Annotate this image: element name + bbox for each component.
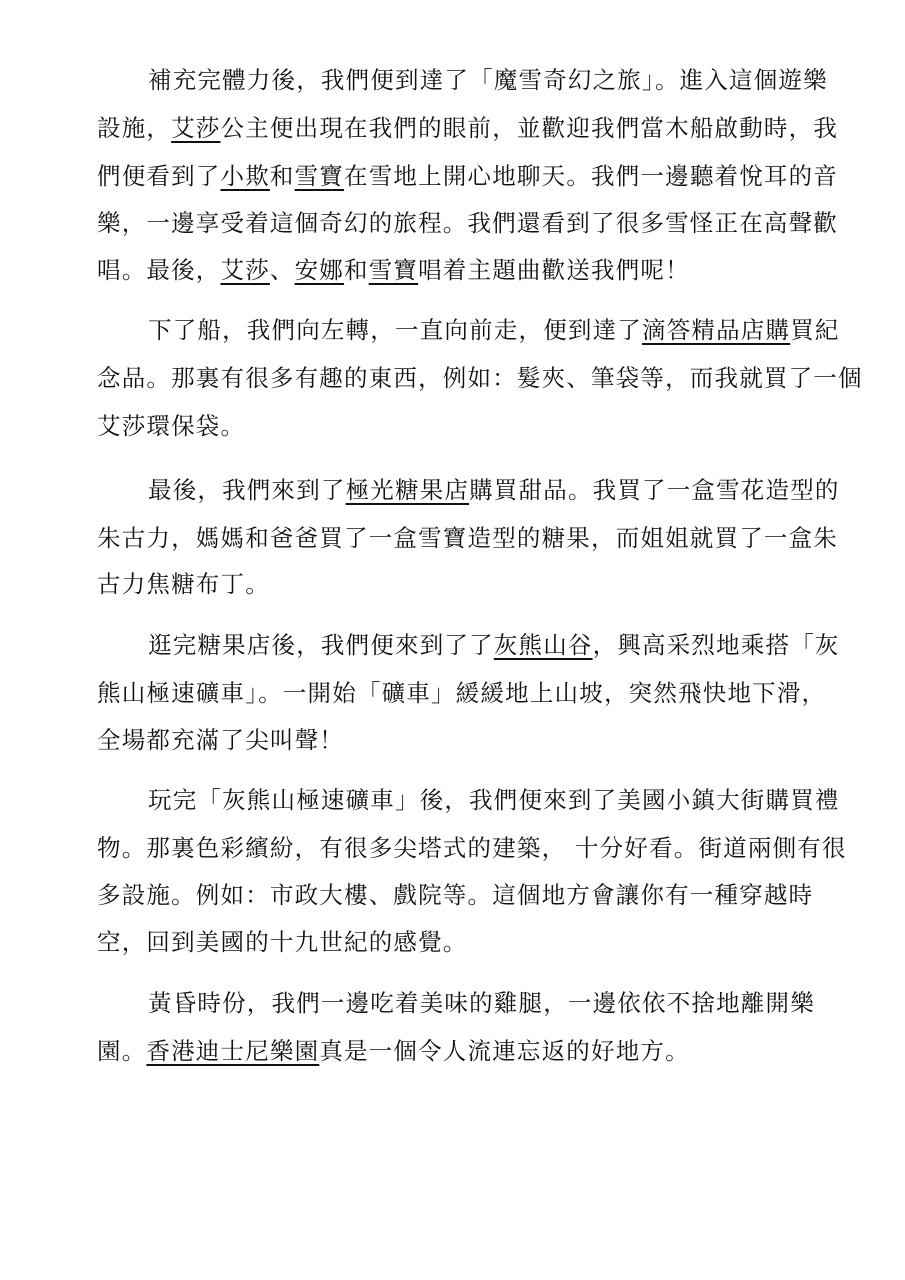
text-line: 多設施。例如：市政大樓、戲院等。這個地方會讓你有一種穿越時 — [97, 878, 813, 912]
text-segment: 朱古力，媽媽和爸爸買了一盒雪寶造型的糖果，而姐姐就買了一盒朱 — [97, 524, 838, 552]
text-segment: 下了船，我們向左轉，一直向前走，便到達了 — [148, 316, 642, 344]
text-segment: 熊山極速礦車」。一開始「礦車」緩緩地上山坡，突然飛快地下滑， — [97, 679, 826, 707]
text-line: 園。香港迪士尼樂園真是一個令人流連忘返的好地方。 — [97, 1034, 690, 1068]
underlined-proper-noun: 雪寶 — [295, 162, 344, 190]
text-line: 們便看到了小欺和雪寶在雪地上開心地聊天。我們一邊聽着悅耳的音 — [97, 159, 838, 193]
underlined-proper-noun: 灰熊山谷 — [494, 631, 593, 659]
text-line: 下了船，我們向左轉，一直向前走，便到達了滴答精品店購買紀 — [148, 313, 840, 347]
text-segment: 空，回到美國的十九世紀的感覺。 — [97, 928, 468, 956]
text-segment: 黃昏時份，我們一邊吃着美味的雞腿，一邊依依不捨地離開樂 — [148, 989, 815, 1017]
underlined-proper-noun: 艾莎 — [171, 114, 220, 142]
text-segment: 們便看到了 — [97, 162, 221, 190]
text-segment: 買紀 — [790, 316, 839, 344]
underlined-proper-noun: 艾莎 — [221, 256, 270, 284]
text-line: 古力焦糖布丁。 — [97, 567, 270, 601]
text-line: 樂，一邊享受着這個奇幻的旅程。我們還看到了很多雪怪正在高聲歡 — [97, 206, 838, 240]
text-segment: 在雪地上開心地聊天。我們一邊聽着悅耳的音 — [344, 162, 838, 190]
text-line: 物。那裏色彩繽紛，有很多尖塔式的建築， 十分好看。街道兩側有很 — [97, 831, 847, 865]
underlined-proper-noun: 安娜 — [295, 256, 344, 284]
text-line: 補充完體力後，我們便到達了「魔雪奇幻之旅」。進入這個遊樂 — [148, 63, 828, 97]
text-segment: 全場都充滿了尖叫聲！ — [97, 726, 344, 754]
text-segment: 園。 — [97, 1037, 146, 1065]
text-segment: 設施， — [97, 114, 171, 142]
document-page: 補充完體力後，我們便到達了「魔雪奇幻之旅」。進入這個遊樂設施，艾莎公主便出現在我… — [0, 0, 905, 1280]
text-segment: 逛完糖果店後，我們便來到了了 — [148, 631, 494, 659]
text-line: 艾莎環保袋。 — [97, 409, 245, 443]
text-line: 玩完「灰熊山極速礦車」後，我們便來到了美國小鎮大街購買禮 — [148, 783, 840, 817]
text-segment: 物。那裏色彩繽紛，有很多尖塔式的建築， 十分好看。街道兩側有很 — [97, 834, 847, 862]
text-segment: 真是一個令人流連忘返的好地方。 — [319, 1037, 690, 1065]
text-line: 最後，我們來到了極光糖果店購買甜品。我買了一盒雪花造型的 — [148, 473, 840, 507]
text-segment: 購買甜品。我買了一盒雪花造型的 — [469, 476, 840, 504]
text-segment: 最後，我們來到了 — [148, 476, 346, 504]
underlined-proper-noun: 香港迪士尼樂園 — [146, 1037, 319, 1065]
text-segment: 、 — [270, 256, 295, 284]
text-segment: 多設施。例如：市政大樓、戲院等。這個地方會讓你有一種穿越時 — [97, 881, 813, 909]
text-line: 黃昏時份，我們一邊吃着美味的雞腿，一邊依依不捨地離開樂 — [148, 986, 815, 1020]
text-segment: ，興高采烈地乘搭「灰 — [593, 631, 840, 659]
underlined-proper-noun: 雪寶 — [369, 256, 418, 284]
text-line: 設施，艾莎公主便出現在我們的眼前，並歡迎我們當木船啟動時，我 — [97, 111, 838, 145]
text-line: 念品。那裏有很多有趣的東西，例如：髮夾、筆袋等，而我就買了一個 — [97, 361, 863, 395]
text-line: 空，回到美國的十九世紀的感覺。 — [97, 925, 468, 959]
text-segment: 公主便出現在我們的眼前，並歡迎我們當木船啟動時，我 — [221, 114, 839, 142]
text-segment: 和 — [344, 256, 369, 284]
text-segment: 和 — [270, 162, 295, 190]
underlined-proper-noun: 極光糖果店 — [346, 476, 470, 504]
text-segment: 古力焦糖布丁。 — [97, 570, 270, 598]
text-segment: 艾莎環保袋。 — [97, 412, 245, 440]
text-segment: 玩完「灰熊山極速礦車」後，我們便來到了美國小鎮大街購買禮 — [148, 786, 840, 814]
text-segment: 補充完體力後，我們便到達了「魔雪奇幻之旅」。進入這個遊樂 — [148, 66, 828, 94]
text-line: 熊山極速礦車」。一開始「礦車」緩緩地上山坡，突然飛快地下滑， — [97, 676, 826, 710]
text-line: 唱。最後，艾莎、安娜和雪寶唱着主題曲歡送我們呢！ — [97, 253, 690, 287]
underlined-proper-noun: 小欺 — [221, 162, 270, 190]
text-line: 全場都充滿了尖叫聲！ — [97, 723, 344, 757]
text-segment: 樂，一邊享受着這個奇幻的旅程。我們還看到了很多雪怪正在高聲歡 — [97, 209, 838, 237]
text-line: 逛完糖果店後，我們便來到了了灰熊山谷，興高采烈地乘搭「灰 — [148, 628, 840, 662]
text-segment: 唱着主題曲歡送我們呢！ — [418, 256, 690, 284]
text-segment: 念品。那裏有很多有趣的東西，例如：髮夾、筆袋等，而我就買了一個 — [97, 364, 863, 392]
underlined-proper-noun: 滴答精品店購 — [642, 316, 790, 344]
text-line: 朱古力，媽媽和爸爸買了一盒雪寶造型的糖果，而姐姐就買了一盒朱 — [97, 521, 838, 555]
text-segment: 唱。最後， — [97, 256, 221, 284]
